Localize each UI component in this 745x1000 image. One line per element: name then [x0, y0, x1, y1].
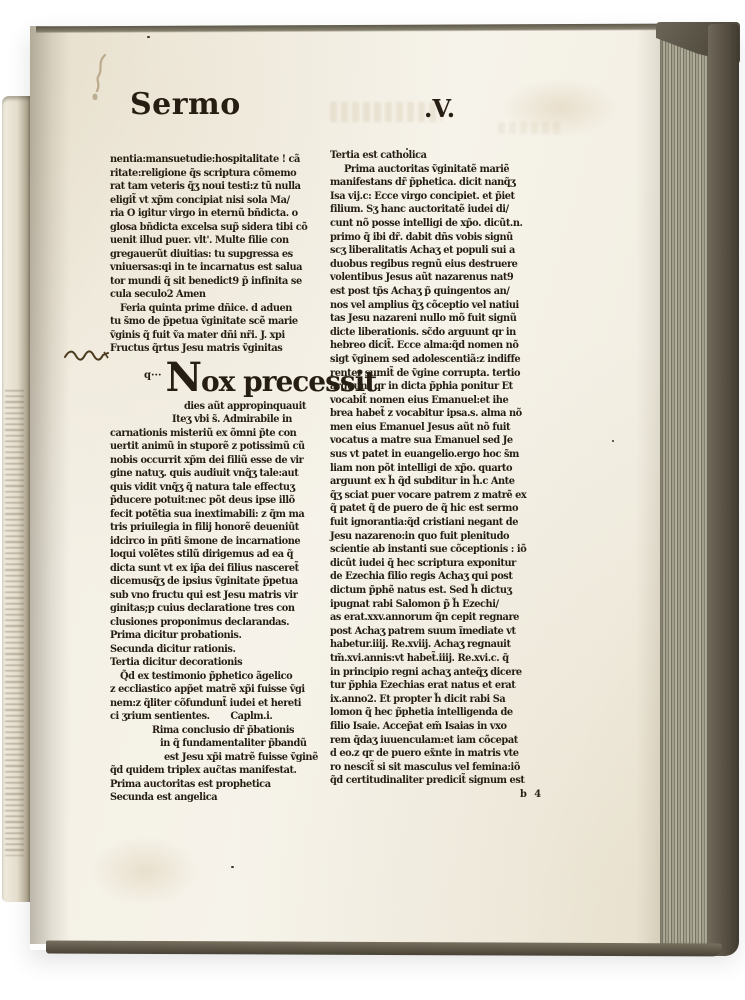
text-line: gregauerũt diuitias: tu supgressa es [110, 248, 326, 262]
text-line: Fructus q̃rtus Jesu matris ṽginitas [110, 342, 326, 356]
text-line: eligit̃ vt xp̃m concipiat nisi sola Ma/ [110, 194, 326, 208]
foxing-stain [90, 836, 200, 906]
text-line: idcirco in pñti s̃mone de incarnatione [110, 535, 326, 549]
fore-edge-pages [660, 28, 710, 950]
right-column: Tertia est catholicaPrima auctoritas ṽgi… [330, 149, 556, 802]
text-line: Rima conclusio dr̃ p̃bationis [110, 724, 326, 738]
text-line: Jesu nazareno:in quo fuit plenitudo [330, 530, 556, 544]
text-line: ṽginis q̃ fuit ṽa mater dñi nr̃i. J. xpi [110, 329, 326, 343]
text-line: q̃d quidem triplex auc̃tas manifestat. [110, 764, 326, 778]
text-line: ipugnat rabi Salomon p̃ h̃ Ezechi/ [330, 598, 556, 612]
ink-speck [147, 36, 150, 38]
text-line: rem q̃daʒ iuuenculam:et iam cõcepat [330, 734, 556, 748]
text-line: dicũt iudei q̃ hec scriptura exponitur [330, 557, 556, 571]
text-line: dicemusq̃ʒ de ipsius ṽginitate p̃petua [110, 575, 326, 589]
quire-signature: b 4 [330, 788, 556, 802]
text-line: sub vno fructu qui est Jesu matris vir [110, 589, 326, 603]
text-line: primo q̃ ibi dr̃. dabit dñs vobis signũ [330, 231, 556, 245]
text-line: glosa bñdicta excelsa sup̃ sidera tibi c… [110, 221, 326, 235]
text-line: filium. Sʒ hanc auctoritatẽ iudei di/ [330, 203, 556, 217]
text-line: tris priuilegia in filij honorẽ deueniũt [110, 521, 326, 535]
text-line: dicta sunt vt ex ip̃a dei filius nascere… [110, 562, 326, 576]
text-line: cunt nõ posse intelligi de xp̃o. dicũt.n… [330, 217, 556, 231]
text-line: hebreo dicit̃. Ecce alma:q̃d nomen nõ [330, 339, 556, 353]
text-line: nos vel amplius q̃ʒ cõceptio vel natiui [330, 299, 556, 313]
text-line: renter sumit̃ de ṽgine corrupta. tertio [330, 367, 556, 381]
text-line: duobus regibus regnũ eius destruere [330, 258, 556, 272]
left-column: nentia:mansuetudie:hospitalitate ! cãrit… [110, 153, 326, 805]
text-line: sigt ṽginem sed adolescentiã:z indiffe [330, 353, 556, 367]
text-line: Prima dicitur probationis. [110, 629, 326, 643]
text-line: de Ezechia filio regis Achaʒ qui post [330, 570, 556, 584]
text-line: rat tam veteris q̃ʒ noui testi:z tũ null… [110, 180, 326, 194]
paragraph-mark: q··· [144, 369, 161, 383]
text-line: Iteʒ vbi s̃. Admirabile in [110, 413, 326, 427]
text-line: tor mundi q̃ sit benedict9 p̃ infinita s… [110, 275, 326, 289]
text-line: ci ʒrium sentientes. Caplm.i. [110, 710, 326, 724]
text-line: scʒ liberalitatis Achaʒ et populi sui a [330, 244, 556, 258]
text-line: in principio regni achaʒ anteq̃ʒ dicere [330, 666, 556, 680]
text-line: Secunda est angelica [110, 791, 326, 805]
text-line: gine natuʒ. quis audiuit vnq̃ʒ tale:aut [110, 467, 326, 481]
text-line: Isa vij.c: Ecce virgo concipiet. et p̃ie… [330, 190, 556, 204]
text-line: nobis occurrit xp̃m dei filiũ esse de vi… [110, 454, 326, 468]
text-line: nem:z q̃liter cõfundunt̃ iudei et hereti [110, 697, 326, 711]
text-line: Secunda dicitur rationis. [110, 643, 326, 657]
text-line: vocatus a matre sua Emanuel sed Je [330, 434, 556, 448]
text-line: men eius Emanuel Jesus aũt nõ fuit [330, 421, 556, 435]
text-line: cula seculo2 Amen [110, 288, 326, 302]
facing-page-text-showthrough [5, 390, 24, 856]
text-line: q̃ patet q̃ de puero de q̃ hic est sermo [330, 502, 556, 516]
text-line: est post tp̃s Achaʒ p̃ quingentos an/ [330, 285, 556, 299]
text-line: carnationis misteriũ ex õmni p̃te con [110, 427, 326, 441]
sermon-number: .V. [424, 96, 455, 122]
text-line: ria O igitur virgo in eternũ bñdicta. o [110, 207, 326, 221]
running-title: Sermo [130, 88, 241, 122]
text-line: fecit potẽtia sua inextimabili: z q̃m ma [110, 508, 326, 522]
text-line: clusiones proponimus declarandas. [110, 616, 326, 630]
page: Sermo .V. nentia:mansuetudie:hospitalita… [30, 26, 662, 944]
text-line: uenit illud puer. vlt'. Multe filie con [110, 234, 326, 248]
text-line: filio Isaie. Accep̃at em̃ Isaias in vxo [330, 720, 556, 734]
text-line: volentibus Jesus aũt nazarenus nat9 [330, 271, 556, 285]
text-line: d eo.z qr de puero ex̃nte in matris vte [330, 747, 556, 761]
text-line: brea habet̃ z vocabitur ipsa.s. alma nõ [330, 407, 556, 421]
incipit-initial: N [165, 358, 201, 398]
text-line: habetur.iiij. Re.xviij. Achaʒ regnauit [330, 638, 556, 652]
text-line: uertit animũ in stuporẽ z potissimũ cũ [110, 440, 326, 454]
text-line: vocabit̃ nomen eius Emanuel:et ihe [330, 394, 556, 408]
text-line: arguunt ex h̃ q̃d subditur in h̃.c Ante [330, 475, 556, 489]
text-line: quis vidit vnq̃ʒ q̃ natura tale effectuʒ [110, 481, 326, 495]
text-line: arguunt qr in dicta p̃phia ponitur Et [330, 380, 556, 394]
text-line: manifestans dr̃ p̃phetica. dicit nanq̃ʒ [330, 176, 556, 190]
cover-board-edge [708, 24, 739, 956]
faint-ink-mark [86, 52, 114, 100]
text-line: Feria quinta prime dñice. d aduen [110, 302, 326, 316]
text-line: post Achaʒ patrem suum ĩmediate vt [330, 625, 556, 639]
text-line: vniuersas:qi in te incarnatus est salua [110, 261, 326, 275]
text-line: ro nescit̃ si sit masculus vel femina:iõ [330, 761, 556, 775]
text-line: ix.anno2. Et propter h̃ dicit rabi Sa [330, 693, 556, 707]
text-line: lomon q̃ hec p̃phetia intelligenda de [330, 706, 556, 720]
text-line: tm̃.xvi.annis:vt habet̃.iiij. Re.xvi.c. … [330, 652, 556, 666]
text-line: Q̃d ex testimonio p̃phetico ãgelico [110, 670, 326, 684]
text-line: Prima auctoritas ṽginitatẽ mariẽ [330, 163, 556, 177]
text-line: ginitas;p cuius declaratione tres con [110, 602, 326, 616]
text-line: scientie ab instanti sue cõceptionis : i… [330, 543, 556, 557]
text-line: ritate:religione q̃s scriptura cõmemo [110, 167, 326, 181]
text-line: dicte liberationis. sc̃do arguunt qr in [330, 326, 556, 340]
text-line: dies aũt appropinquauit [110, 400, 326, 414]
text-line: Prima auctoritas est prophetica [110, 778, 326, 792]
ink-speck [231, 866, 234, 868]
text-line: est Jesu xp̃i matrẽ fuisse ṽginẽ [110, 751, 326, 765]
book-bottom-edge [46, 941, 722, 957]
text-line: q̃ʒ sciat puer vocare patrem z matrẽ ex [330, 489, 556, 503]
text-line: p̃ducere potuit:nec põt deus ipse illõ [110, 494, 326, 508]
show-through-ghost [498, 122, 562, 134]
text-line: Tertia est catholica [330, 149, 556, 163]
text-line: fuit ignorantia:q̃d cristiani negant de [330, 516, 556, 530]
text-line: loqui volẽtes stilũ dirigemus ad ea q̃ [110, 548, 326, 562]
photo-background: Sermo .V. nentia:mansuetudie:hospitalita… [0, 0, 745, 1000]
text-line: tu s̃mo de p̃petua ṽginitate scẽ marie [110, 315, 326, 329]
marginal-annotation [64, 348, 110, 362]
text-line: dictum p̃phẽ natus est. Sed h̃ dictuʒ [330, 584, 556, 598]
text-line: liam non põt intelligi de xp̃o. quarto [330, 462, 556, 476]
text-line: in q̃ fundamentaliter p̃bandũ [110, 737, 326, 751]
text-line: tas Jesu nazareni nullo mõ fuit signũ [330, 312, 556, 326]
text-line: z eccliastico app̃et matrẽ xp̃i fuisse ṽ… [110, 683, 326, 697]
text-line: as erat.xxv.annorum q̃n cepit regnare [330, 611, 556, 625]
text-line: q̃d certitudinaliter predicit̃ signum es… [330, 774, 556, 788]
incipit-heading: q···Nox precessit [110, 356, 326, 400]
text-line: tur p̃phia Ezechias erat natus et erat [330, 679, 556, 693]
text-line: Tertia dicitur decorationis [110, 656, 326, 670]
ink-speck [612, 440, 614, 442]
text-line: nentia:mansuetudie:hospitalitate ! cã [110, 153, 326, 167]
text-line: sus vt patet in euangelio.ergo hoc s̃m [330, 448, 556, 462]
